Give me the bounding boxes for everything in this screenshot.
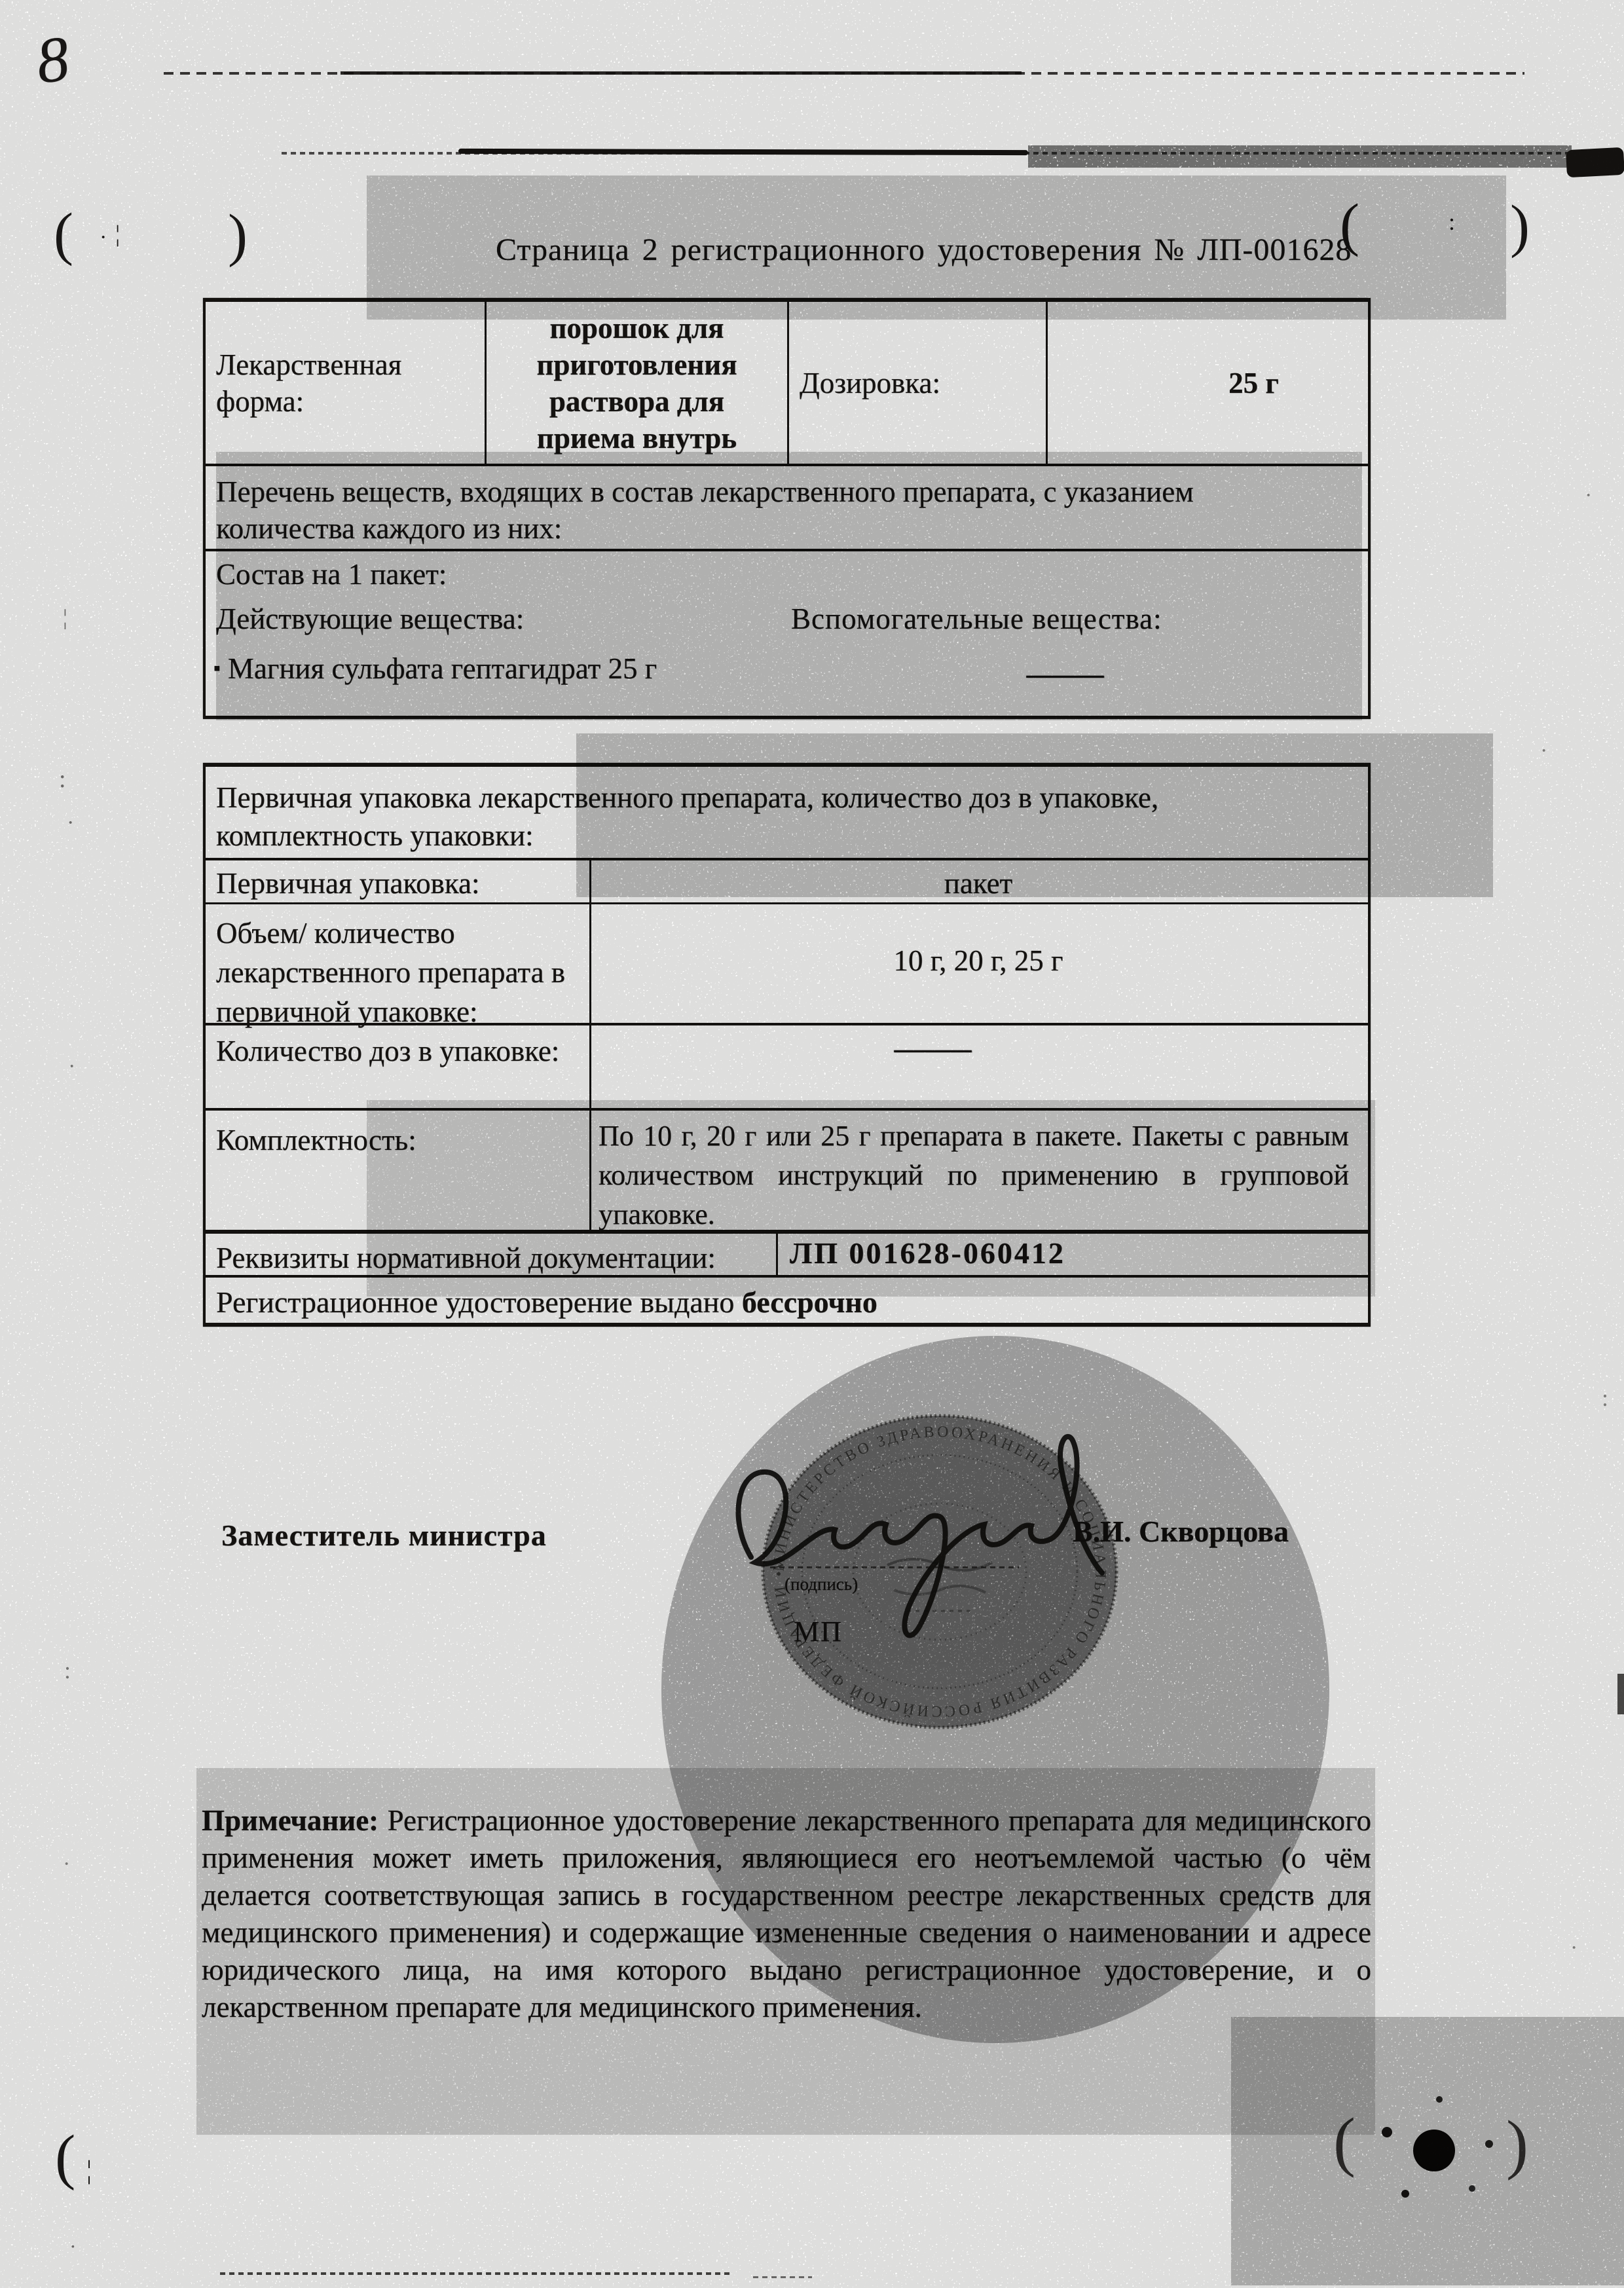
dose-label-cell: Дозировка: <box>789 302 1056 464</box>
table-rule <box>206 1108 1368 1111</box>
dash-value: — <box>895 1030 971 1067</box>
packaging-table: Первичная упаковка лекарственного препар… <box>203 763 1371 1327</box>
row-value: По 10 г, 20 г или 25 г препарата в пакет… <box>599 1116 1349 1234</box>
scan-colon: : <box>64 1657 71 1684</box>
scan-colon: : <box>1602 1384 1608 1412</box>
composition-label: Состав на 1 пакет: <box>216 556 447 593</box>
signatory-position: Заместитель министра <box>221 1518 547 1553</box>
signature-caption: (подпись) <box>784 1574 858 1595</box>
page-title: Страница 2 регистрационного удостоверени… <box>496 232 1352 268</box>
scan-paren-bottom-left: ( <box>55 2122 75 2192</box>
scan-line-bottom-short <box>753 2276 812 2278</box>
scan-dot: · <box>69 2234 77 2259</box>
active-substance-item: ▪ Магния сульфата гептагидрат 25 г <box>213 650 657 687</box>
scan-colon: : <box>59 765 66 794</box>
row-label: Комплектность: <box>216 1122 416 1158</box>
packaging-heading: Первичная упаковка лекарственного препар… <box>216 779 1238 855</box>
scan-dot: · <box>63 1852 70 1877</box>
scan-dot: · <box>1570 1936 1578 1961</box>
handwritten-page-number: 8 <box>32 22 73 98</box>
scan-colon: : <box>1449 208 1455 236</box>
note-paragraph: Примечание: Регистрационное удостоверени… <box>202 1802 1371 2026</box>
row-value: пакет <box>592 865 1365 902</box>
note-text: Регистрационное удостоверение лекарствен… <box>202 1804 1371 2023</box>
scan-edge-mark <box>1617 1674 1624 1714</box>
form-label: Лекарственная форма: <box>216 346 491 420</box>
dash-value: — <box>1027 655 1103 692</box>
scan-paren-bottom-right-open: ( <box>1333 2103 1356 2180</box>
scan-line-bottom <box>220 2272 731 2275</box>
scan-dot: · <box>1540 739 1547 764</box>
form-label-cell: Лекарственная форма: <box>206 302 491 464</box>
requisites-label: Реквизиты нормативной документации: <box>216 1240 716 1276</box>
ink-blot <box>1413 2130 1455 2171</box>
table-rule <box>206 549 1368 551</box>
scan-paren-right-close: ) <box>1510 193 1530 260</box>
active-substances-label: Действующие вещества: <box>216 600 524 637</box>
dose-value: 25 г <box>1228 365 1279 401</box>
validity-text: Регистрационное удостоверение выдано <box>216 1285 742 1319</box>
validity-row: Регистрационное удостоверение выдано бес… <box>216 1284 877 1321</box>
scan-paren-left-open: ( <box>54 200 73 268</box>
signature-line <box>770 1566 1019 1568</box>
row-label: Первичная упаковка: <box>216 865 479 902</box>
validity-term: бессрочно <box>742 1285 877 1319</box>
scan-paren-left-close: ) <box>228 202 248 269</box>
row-label: Количество доз в упаковке: <box>216 1033 559 1069</box>
signature-scribble <box>717 1421 1123 1644</box>
table-rule-v <box>776 1230 778 1278</box>
scanned-certificate-page: 8 ( ) · ¦ ( ) : Страница 2 регистрационн… <box>0 0 1624 2288</box>
dose-label: Дозировка: <box>800 365 940 401</box>
scan-line-top-solid <box>341 71 1022 75</box>
scan-dot: · <box>100 225 107 250</box>
active-substance-text: Магния сульфата гептагидрат 25 г <box>228 652 657 685</box>
excipients-value: — <box>1050 655 1080 692</box>
dosage-form-table: Лекарственная форма: порошок для пригото… <box>203 298 1371 719</box>
scan-paren-bottom-right-close: ) <box>1506 2106 1528 2183</box>
signatory-name: В.И. Скворцова <box>1073 1514 1289 1549</box>
excipients-label: Вспомогательные вещества: <box>791 600 1162 637</box>
scan-tick: ¦ <box>63 606 67 631</box>
bullet-icon: ▪ <box>213 657 221 679</box>
scan-tick: ¦ <box>115 220 120 248</box>
row-value: 10 г, 20 г, 25 г <box>592 942 1365 979</box>
scan-dot: · <box>1585 483 1592 508</box>
scan-band-blob <box>1566 147 1624 178</box>
row-label: Объем/ количество лекарственного препара… <box>216 913 587 1031</box>
scan-dot: · <box>67 811 74 836</box>
form-value-cell: порошок для приготовления раствора для п… <box>487 302 787 464</box>
row-value: — <box>546 1030 1319 1067</box>
seal-mark: МП <box>794 1615 843 1648</box>
table-rule <box>206 858 1368 860</box>
table-rule <box>206 902 1368 904</box>
note-label: Примечание: <box>202 1804 378 1837</box>
form-value: порошок для приготовления раствора для п… <box>487 310 787 456</box>
requisites-value: ЛП 001628-060412 <box>790 1236 1065 1270</box>
substances-heading: Перечень веществ, входящих в состав лека… <box>216 473 1303 547</box>
scan-dot: · <box>68 1054 75 1079</box>
scan-band-speckle <box>1028 145 1572 168</box>
dose-value-cell: 25 г <box>1048 302 1368 464</box>
scan-tick: ¦ <box>86 2154 92 2185</box>
